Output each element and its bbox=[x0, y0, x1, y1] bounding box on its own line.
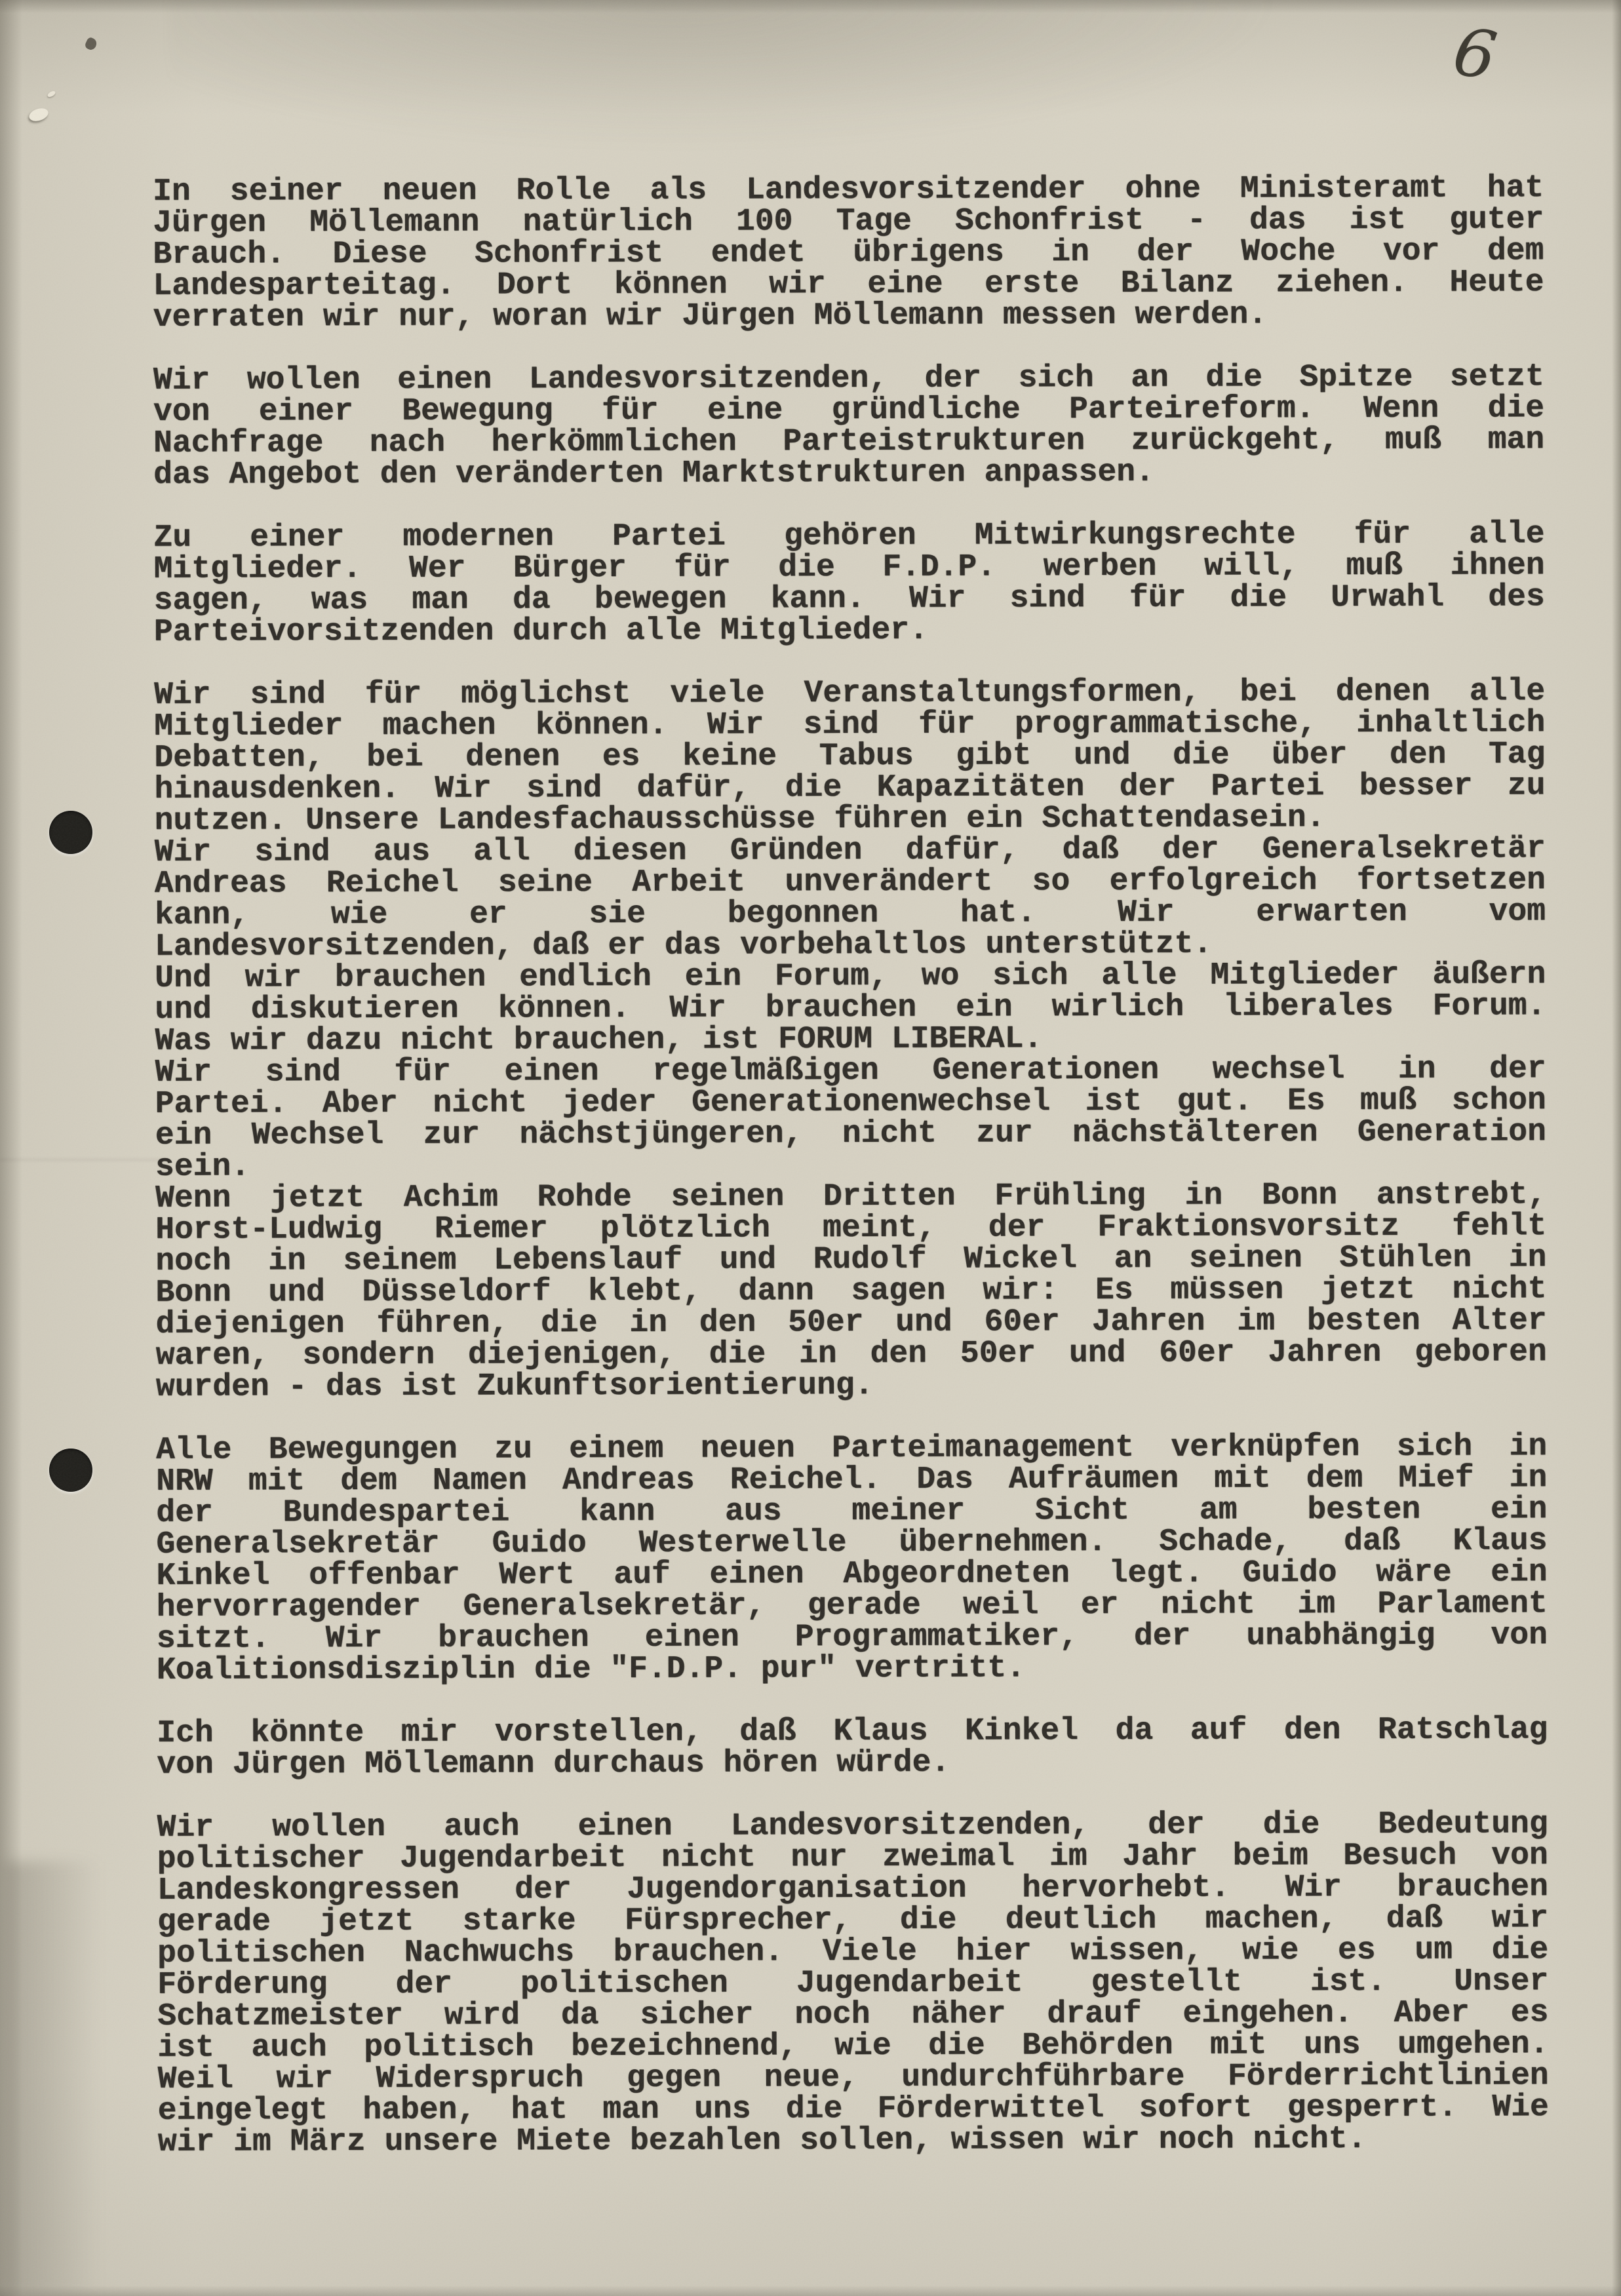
text-line: sagen, was man da bewegen kann. Wir sind… bbox=[154, 581, 1545, 617]
paragraph: Wir wollen auch einen Landesvorsitzenden… bbox=[157, 1808, 1549, 2158]
scanned-document-page: 6 In seiner neuen Rolle als Landesvorsit… bbox=[0, 0, 1621, 2296]
paragraph: Wir sind aus all diesen Gründen dafür, d… bbox=[155, 833, 1546, 963]
typewritten-text-block: In seiner neuen Rolle als Landesvorsitze… bbox=[153, 172, 1549, 2158]
text-line: Nachfrage nach herkömmlichen Parteistruk… bbox=[153, 424, 1544, 459]
paragraph: Alle Bewegungen zu einem neuen Parteiman… bbox=[156, 1431, 1548, 1686]
text-line: hinausdenken. Wir sind dafür, die Kapazi… bbox=[154, 770, 1545, 806]
text-line: verraten wir nur, woran wir Jürgen Mölle… bbox=[153, 298, 1544, 334]
text-line: Landesparteitag. Dort können wir eine er… bbox=[153, 267, 1544, 302]
text-line: das Angebot den veränderten Marktstruktu… bbox=[153, 456, 1544, 491]
text-line: waren, sondern diejenigen, die in den 50… bbox=[156, 1336, 1547, 1372]
paragraph: Wir wollen einen Landesvorsitzenden, der… bbox=[153, 361, 1544, 491]
scan-shadow-top-cloud bbox=[170, 0, 1285, 151]
handwritten-page-number: 6 bbox=[1449, 12, 1538, 100]
staple-mark bbox=[84, 36, 98, 51]
scan-smudge-bottom-left bbox=[5, 1861, 117, 2296]
paragraph: Wenn jetzt Achim Rohde seinen Dritten Fr… bbox=[155, 1179, 1547, 1403]
paragraph: Wir sind für einen regelmäßigen Generati… bbox=[155, 1053, 1546, 1183]
text-line: Parteivorsitzenden durch alle Mitglieder… bbox=[154, 613, 1545, 648]
paper-dent-small bbox=[47, 90, 56, 98]
text-line: ein Wechsel zur nächstjüngeren, nicht zu… bbox=[155, 1116, 1546, 1152]
scan-shadow-left bbox=[0, 0, 22, 2296]
paper-crease bbox=[0, 1159, 167, 1161]
paragraph: Wir sind für möglichst viele Veranstaltu… bbox=[154, 676, 1546, 837]
scan-shadow-bottom bbox=[0, 2286, 1621, 2296]
text-line: Koalitionsdisziplin die "F.D.P. pur" ver… bbox=[157, 1651, 1548, 1686]
paragraph: In seiner neuen Rolle als Landesvorsitze… bbox=[153, 172, 1544, 334]
punch-hole-top bbox=[49, 811, 92, 854]
text-line: Ich könnte mir vorstellen, daß Klaus Kin… bbox=[157, 1714, 1548, 1749]
text-line: und diskutieren können. Wir brauchen ein… bbox=[155, 990, 1546, 1026]
paragraph: Und wir brauchen endlich ein Forum, wo s… bbox=[155, 959, 1546, 1057]
text-line: sitzt. Wir brauchen einen Programmatiker… bbox=[157, 1620, 1548, 1655]
punch-hole-bottom bbox=[49, 1449, 92, 1492]
scan-shadow-top bbox=[0, 0, 1621, 13]
text-line: wir im März unsere Miete bezahlen sollen… bbox=[158, 2123, 1549, 2158]
paragraph: Ich könnte mir vorstellen, daß Klaus Kin… bbox=[157, 1714, 1548, 1781]
text-line: kann, wie er sie begonnen hat. Wir erwar… bbox=[155, 896, 1546, 931]
paper-dent bbox=[28, 106, 50, 123]
scan-shadow-right bbox=[1612, 0, 1621, 2296]
text-line: wurden - das ist Zukunftsorientierung. bbox=[156, 1368, 1547, 1403]
paragraph: Zu einer modernen Partei gehören Mitwirk… bbox=[153, 518, 1544, 648]
text-line: von Jürgen Möllemann durchaus hören würd… bbox=[157, 1745, 1548, 1781]
